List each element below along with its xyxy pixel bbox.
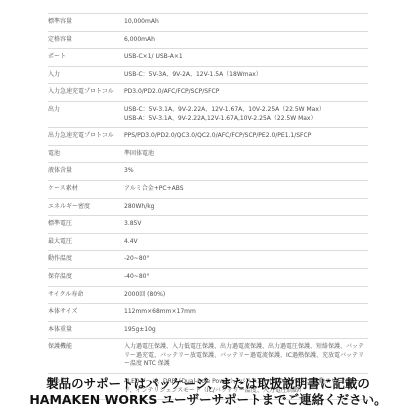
spec-row: ポートUSB-C×1/ USB-A×1 xyxy=(48,49,368,67)
spec-row-label: 標準電圧 xyxy=(48,216,124,234)
spec-row-value: 6,000mAh xyxy=(124,31,368,49)
spec-row-value: 3.85V xyxy=(124,216,368,234)
spec-row: 本体重量195g±10g xyxy=(48,321,368,339)
spec-row-value: 準固体電池 xyxy=(124,145,368,163)
spec-row-value: 入力過電圧保護、入力低電圧保護、出力過電流保護、出力過電圧保護、短絡保護、バッテ… xyxy=(124,339,368,374)
spec-row-label: エネルギー密度 xyxy=(48,198,124,216)
spec-row: 電池準固体電池 xyxy=(48,145,368,163)
spec-row-value: -40~80° xyxy=(124,268,368,286)
spec-row-value: 2000回 (80%) xyxy=(124,286,368,304)
spec-row-label: 本体サイズ xyxy=(48,304,124,322)
spec-row-label: 出力急速充電プロトコル xyxy=(48,128,124,146)
spec-row: 定格容量6,000mAh xyxy=(48,31,368,49)
spec-row: サイクル寿命2000回 (80%) xyxy=(48,286,368,304)
support-note-line2: HAMAKEN WORKS ユーザーサポートまでご連絡ください。 xyxy=(0,392,416,408)
spec-row: 出力USB-C：5V-3.1A、9V-2.22A、12V-1.67A、10V-2… xyxy=(48,101,368,127)
spec-row-label: ポート xyxy=(48,49,124,67)
spec-row: 保護機能入力過電圧保護、入力低電圧保護、出力過電流保護、出力過電圧保護、短絡保護… xyxy=(48,339,368,374)
spec-row: 保存温度-40~80° xyxy=(48,268,368,286)
spec-row-value: USB-C：5V-3.1A、9V-2.22A、12V-1.67A、10V-2.2… xyxy=(124,101,368,127)
spec-row-label: サイクル寿命 xyxy=(48,286,124,304)
spec-row: 出力急速充電プロトコルPPS/PD3.0/PD2.0/QC3.0/QC2.0/A… xyxy=(48,128,368,146)
spec-row: 標準電圧3.85V xyxy=(48,216,368,234)
spec-row: 標準容量10,000mAh xyxy=(48,14,368,32)
spec-row-label: 電池 xyxy=(48,145,124,163)
spec-row-value: USB-C：5V-3A、9V-2A、12V-1.5A（18Wmax） xyxy=(124,66,368,84)
spec-row: 最大電圧4.4V xyxy=(48,233,368,251)
spec-row-value: PD3.0/PD2.0/AFC/FCP/SCP/SFCP xyxy=(124,84,368,102)
spec-row-label: 出力 xyxy=(48,101,124,127)
spec-row-value: PPS/PD3.0/PD2.0/QC3.0/QC2.0/AFC/FCP/SCP/… xyxy=(124,128,368,146)
spec-sheet-page: 標準容量10,000mAh定格容量6,000mAhポートUSB-C×1/ USB… xyxy=(0,0,416,416)
spec-table: 標準容量10,000mAh定格容量6,000mAhポートUSB-C×1/ USB… xyxy=(48,13,368,400)
spec-row: 入力急速充電プロトコルPD3.0/PD2.0/AFC/FCP/SCP/SFCP xyxy=(48,84,368,102)
spec-row-label: 最大電圧 xyxy=(48,233,124,251)
spec-row: エネルギー密度280Wh/kg xyxy=(48,198,368,216)
spec-row-value: 195g±10g xyxy=(124,321,368,339)
spec-row-value: アルミ合金+PC+ABS xyxy=(124,180,368,198)
support-note: 製品のサポートはパッケージ、または取扱説明書に記載の HAMAKEN WORKS… xyxy=(0,376,416,407)
spec-table-body: 標準容量10,000mAh定格容量6,000mAhポートUSB-C×1/ USB… xyxy=(48,14,368,400)
spec-row-value: 4.4V xyxy=(124,233,368,251)
spec-row-label: ケース素材 xyxy=(48,180,124,198)
spec-row-label: 定格容量 xyxy=(48,31,124,49)
spec-row-label: 液体含量 xyxy=(48,163,124,181)
spec-row-label: 本体重量 xyxy=(48,321,124,339)
spec-row: ケース素材アルミ合金+PC+ABS xyxy=(48,180,368,198)
spec-row-label: 入力急速充電プロトコル xyxy=(48,84,124,102)
spec-row-label: 入力 xyxy=(48,66,124,84)
spec-row-value: 280Wh/kg xyxy=(124,198,368,216)
spec-row-value: USB-C×1/ USB-A×1 xyxy=(124,49,368,67)
spec-row-value: 3% xyxy=(124,163,368,181)
spec-row: 本体サイズ112mm×68mm×17mm xyxy=(48,304,368,322)
support-note-line1: 製品のサポートはパッケージ、または取扱説明書に記載の xyxy=(0,376,416,392)
spec-row-value: 10,000mAh xyxy=(124,14,368,32)
spec-row: 液体含量3% xyxy=(48,163,368,181)
spec-row: 入力USB-C：5V-3A、9V-2A、12V-1.5A（18Wmax） xyxy=(48,66,368,84)
spec-row-label: 動作温度 xyxy=(48,251,124,269)
spec-row-label: 保護機能 xyxy=(48,339,124,374)
spec-row: 動作温度-20~80° xyxy=(48,251,368,269)
spec-row-label: 保存温度 xyxy=(48,268,124,286)
spec-row-label: 標準容量 xyxy=(48,14,124,32)
spec-row-value: 112mm×68mm×17mm xyxy=(124,304,368,322)
spec-row-value: -20~80° xyxy=(124,251,368,269)
